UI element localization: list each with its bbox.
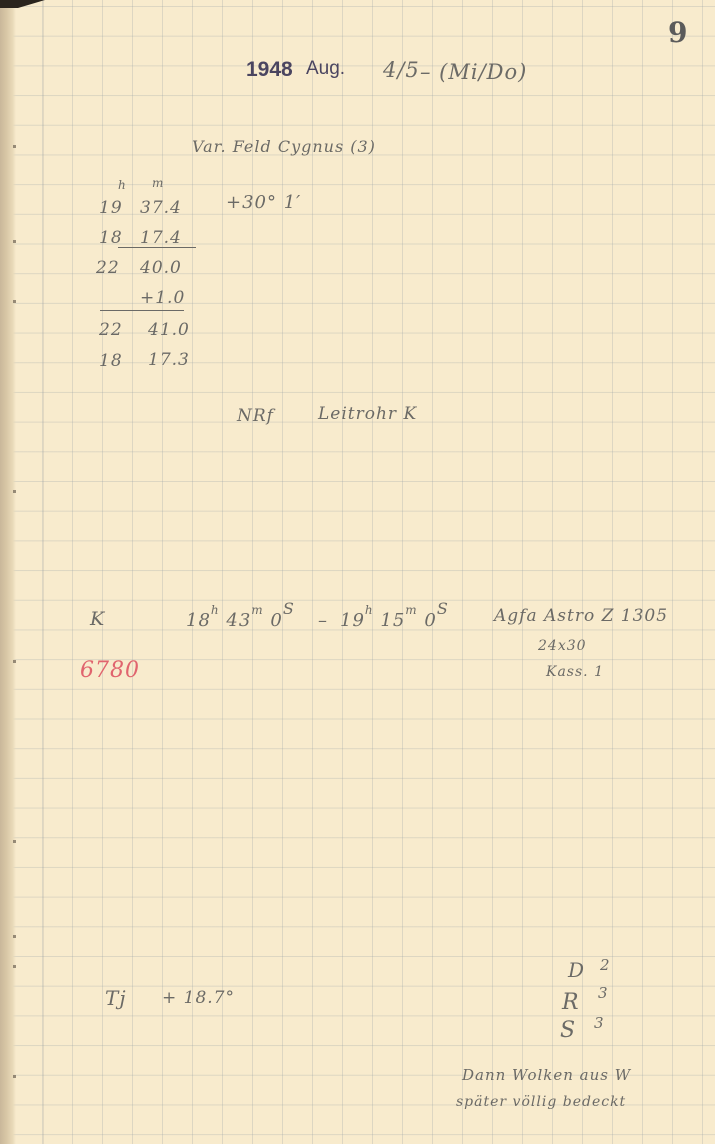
coord-row-h: 22 <box>96 258 120 278</box>
page-number: 9 <box>668 16 687 49</box>
binding-stitch <box>13 300 16 303</box>
binding-stitch <box>13 840 16 843</box>
end-hours: 19 <box>340 610 365 631</box>
binding-stitch <box>13 935 16 938</box>
instrument-label: NRf <box>237 406 274 426</box>
quality-letter: S <box>560 1018 576 1043</box>
end-seconds: 0 <box>424 610 436 631</box>
coord-row-m: 37.4 <box>140 198 182 218</box>
start-hours: 18 <box>186 610 211 631</box>
date-stamp-year: 1948 <box>246 58 293 82</box>
date-day: 4/5 <box>383 58 420 82</box>
temperature-value: + 18.7° <box>162 988 235 1008</box>
coord-row-m: 17.4 <box>140 228 182 248</box>
remarks-line-1: Dann Wolken aus W <box>462 1066 631 1084</box>
quality-letter: R <box>562 990 580 1015</box>
binding-stitch <box>13 660 16 663</box>
temperature-label: Tj <box>105 986 127 1010</box>
binding-stitch <box>13 240 16 243</box>
coord-row-m: 41.0 <box>148 320 190 340</box>
coord-row-m: 17.3 <box>148 350 190 370</box>
binding-stitch <box>13 145 16 148</box>
notebook-binding <box>0 0 16 1144</box>
coord-row-m: 40.0 <box>140 258 182 278</box>
remarks-line-2: später völlig bedeckt <box>456 1094 626 1110</box>
start-minutes: 43 <box>226 610 251 631</box>
exposure-end: 19h 15m 0S <box>340 610 449 631</box>
exposure-separator: – <box>318 610 328 631</box>
sum-rule <box>100 310 184 311</box>
margin-line <box>43 0 44 1144</box>
exposure-start: 18h 43m 0S <box>186 610 295 631</box>
plate-type: Agfa Astro Z 1305 <box>494 606 668 626</box>
sum-rule <box>118 247 196 248</box>
unit-minutes: m <box>152 176 164 190</box>
date-weekday: – (Mi/Do) <box>420 60 527 84</box>
coord-row-h: 18 <box>99 228 123 248</box>
field-title: Var. Feld Cygnus (3) <box>192 137 376 156</box>
binding-stitch <box>13 1075 16 1078</box>
declination: +30° 1′ <box>226 192 301 213</box>
coord-row-h: 18 <box>99 351 123 371</box>
binding-stitch <box>13 490 16 493</box>
quality-value: 2 <box>600 956 611 974</box>
quality-value: 3 <box>594 1014 605 1032</box>
plate-size: 24x30 <box>538 638 587 654</box>
start-seconds: 0 <box>270 610 282 631</box>
quality-letter: D <box>568 958 585 982</box>
plate-number: 6780 <box>80 658 140 683</box>
coord-row-m: +1.0 <box>140 288 185 308</box>
camera-label: K <box>90 608 105 630</box>
quality-value: 3 <box>598 984 609 1002</box>
guider-label: Leitrohr K <box>318 404 417 424</box>
unit-hours: h <box>118 178 127 192</box>
coord-row-h: 22 <box>99 320 123 340</box>
binding-stitch <box>13 965 16 968</box>
cassette: Kass. 1 <box>546 664 604 680</box>
notebook-page: 9 1948 Aug. 4/5 – (Mi/Do) Var. Feld Cygn… <box>0 0 715 1144</box>
binding-shadow <box>0 0 45 8</box>
date-stamp-month: Aug. <box>306 58 345 80</box>
end-minutes: 15 <box>380 610 405 631</box>
coord-row-h: 19 <box>99 198 123 218</box>
